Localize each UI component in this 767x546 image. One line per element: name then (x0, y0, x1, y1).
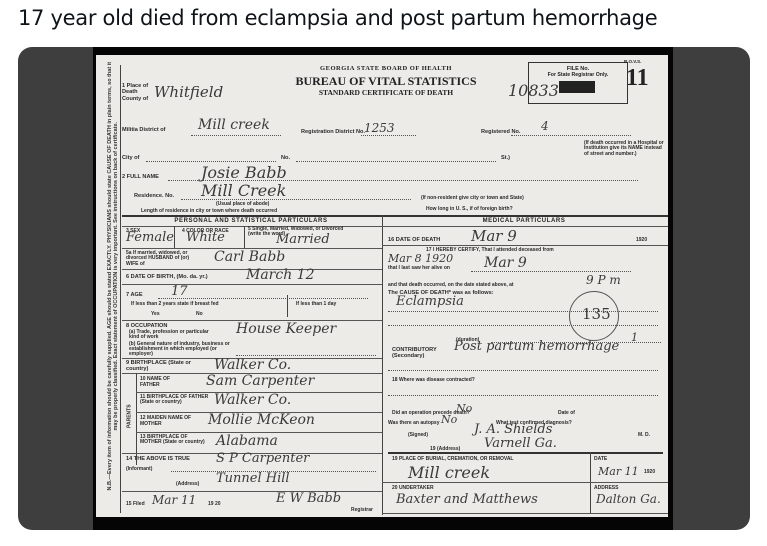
dob-value: March 12 (246, 267, 315, 283)
informant-value: S P Carpenter (216, 451, 309, 466)
board-name: GEORGIA STATE BOARD OF HEALTH (276, 65, 496, 72)
autopsy-value: No (441, 413, 457, 426)
occupation-value: House Keeper (236, 321, 336, 337)
county-value: Whitfield (154, 83, 223, 101)
date-of-death: Mar 9 (471, 227, 517, 245)
operation-value: No (456, 402, 472, 415)
residence-value: Mill Creek (201, 181, 286, 200)
death-certificate: N.B.—Every item of information should be… (96, 55, 668, 517)
sex-value: Female (126, 230, 174, 245)
certificate-photo[interactable]: N.B.—Every item of information should be… (93, 47, 673, 530)
spouse-value: Carl Babb (214, 249, 285, 265)
mother-value: Mollie McKeon (208, 412, 315, 428)
burial-place: Mill creek (408, 463, 490, 482)
contributory-cause: Post partum hemorrhage (454, 339, 619, 354)
physician-address: Varnell Ga. (484, 436, 557, 451)
file-stamp (559, 81, 595, 93)
contrib-duration: 1 (631, 331, 638, 344)
registered-no: 4 (541, 119, 549, 133)
parents-label: PARENTS (127, 404, 133, 428)
registrar-signature: E W Babb (276, 491, 341, 506)
cause-of-death: Eclampsia (396, 294, 464, 309)
father-birthplace-value: Walker Co. (214, 392, 291, 408)
birthplace-value: Walker Co. (214, 357, 291, 373)
medical-section-title: MEDICAL PARTICULARS (384, 218, 664, 224)
media-card[interactable]: N.B.—Every item of information should be… (18, 47, 750, 530)
marital-value: Married (276, 232, 330, 247)
time-of-death: 9 P m (586, 273, 621, 287)
filed-date: Mar 11 (152, 493, 196, 507)
registration-no: 1253 (364, 121, 395, 135)
color-value: White (186, 230, 225, 245)
mother-birthplace-value: Alabama (216, 433, 278, 449)
post-title: 17 year old died from eclampsia and post… (18, 6, 657, 30)
undertaker-value: Baxter and Matthews (396, 492, 538, 507)
undertaker-address: Dalton Ga. (596, 492, 661, 506)
corner-number: 11 (626, 65, 649, 92)
certificate-title: STANDARD CERTIFICATE OF DEATH (276, 88, 496, 97)
age-value: 17 (171, 284, 188, 299)
last-seen-date: Mar 9 (484, 255, 527, 271)
informant-address-value: Tunnel Hill (216, 471, 290, 486)
stamp-number: 135 (582, 305, 611, 323)
attended-from: Mar 8 1920 (388, 252, 453, 265)
personal-section-title: PERSONAL AND STATISTICAL PARTICULARS (122, 218, 380, 224)
militia-value: Mill creek (198, 117, 270, 133)
file-number: 10833 (508, 81, 559, 100)
burial-date: Mar 11 (598, 465, 639, 478)
father-value: Sam Carpenter (206, 373, 314, 389)
physician-signature: J. A. Shields (474, 422, 552, 437)
bureau-name: BUREAU OF VITAL STATISTICS (276, 74, 496, 89)
